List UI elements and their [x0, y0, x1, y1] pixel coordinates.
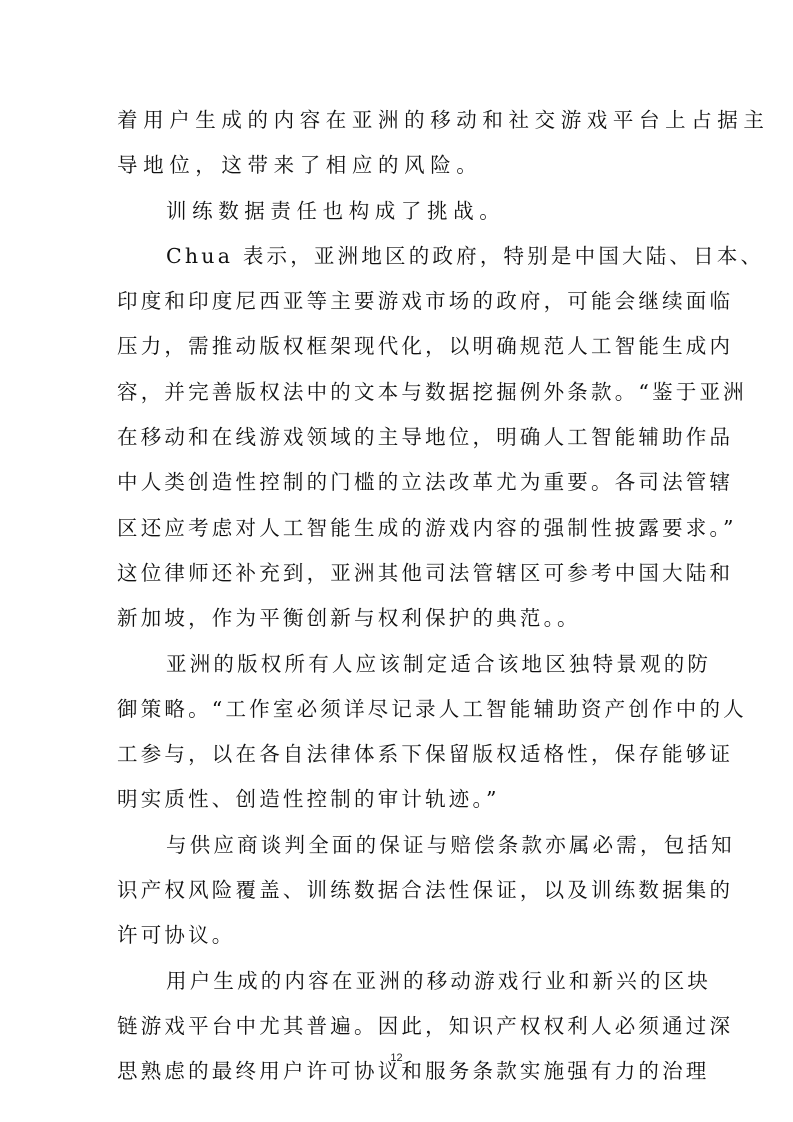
- page-number: 12: [0, 1052, 793, 1064]
- text-line: 御策略。“工作室必须详尽记录人工智能辅助资产创作中的人: [117, 687, 682, 732]
- text-line: 明实质性、创造性控制的审计轨迹。”: [117, 777, 682, 822]
- text-line: 新加坡，作为平衡创新与权利保护的典范。。: [117, 596, 682, 641]
- paragraph-start-line: 与供应商谈判全面的保证与赔偿条款亦属必需，包括知: [117, 823, 682, 868]
- text-line: 导地位，这带来了相应的风险。: [117, 143, 682, 188]
- body-text: 着用户生成的内容在亚洲的移动和社交游戏平台上占据主 导地位，这带来了相应的风险。…: [117, 98, 682, 1095]
- text-line: 识产权风险覆盖、训练数据合法性保证，以及训练数据集的: [117, 868, 682, 913]
- text-line: 区还应考虑对人工智能生成的游戏内容的强制性披露要求。”: [117, 506, 682, 551]
- text-line: 压力，需推动版权框架现代化，以明确规范人工智能生成内: [117, 324, 682, 369]
- text-line: 许可协议。: [117, 913, 682, 958]
- document-page: 着用户生成的内容在亚洲的移动和社交游戏平台上占据主 导地位，这带来了相应的风险。…: [0, 0, 793, 1122]
- paragraph-start-line: Chua 表示，亚洲地区的政府，特别是中国大陆、日本、: [117, 234, 682, 279]
- paragraph-start-line: 训练数据责任也构成了挑战。: [117, 189, 682, 234]
- text-line: 链游戏平台中尤其普遍。因此，知识产权权利人必须通过深: [117, 1004, 682, 1049]
- text-line: 在移动和在线游戏领域的主导地位，明确人工智能辅助作品: [117, 415, 682, 460]
- paragraph-start-line: 用户生成的内容在亚洲的移动游戏行业和新兴的区块: [117, 959, 682, 1004]
- text-line: 着用户生成的内容在亚洲的移动和社交游戏平台上占据主: [117, 98, 682, 143]
- text-line: 这位律师还补充到，亚洲其他司法管辖区可参考中国大陆和: [117, 551, 682, 596]
- text-line: 印度和印度尼西亚等主要游戏市场的政府，可能会继续面临: [117, 279, 682, 324]
- text-line: 容，并完善版权法中的文本与数据挖掘例外条款。“鉴于亚洲: [117, 370, 682, 415]
- text-line: 中人类创造性控制的门槛的立法改革尤为重要。各司法管辖: [117, 460, 682, 505]
- paragraph-start-line: 亚洲的版权所有人应该制定适合该地区独特景观的防: [117, 642, 682, 687]
- text-line: 工参与，以在各自法律体系下保留版权适格性，保存能够证: [117, 732, 682, 777]
